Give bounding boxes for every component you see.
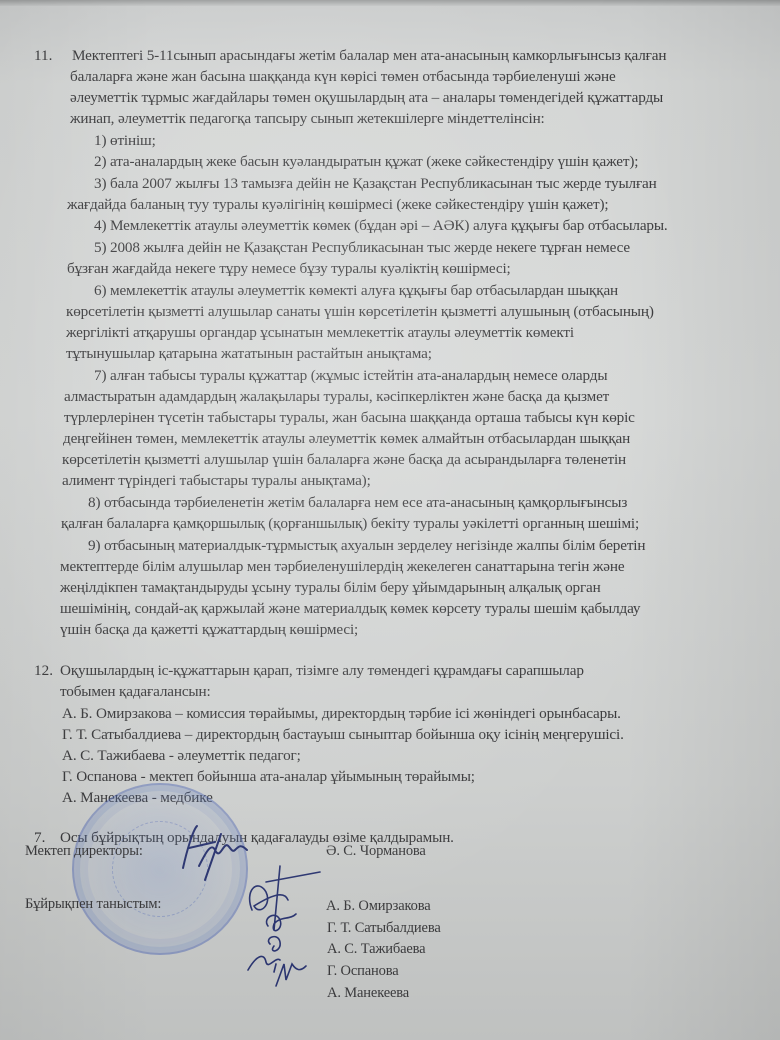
list-item: 7) алған табысы туралы құжаттар (жұмыс і… [94,366,607,386]
list-item: 3) бала 2007 жылғы 13 тамызға дейін не Қ… [94,174,657,194]
list-item: 5) 2008 жылға дейін не Қазақстан Республ… [94,238,630,258]
commission-member: А. С. Тажибаева - әлеуметтік педагог; [62,746,301,766]
section-text-line: жинап, әлеуметтік педагогқа тапсыру сыны… [70,109,545,129]
list-item-cont: бұзған жағдайда некеге тұру немесе бұзу … [67,259,511,279]
list-item-cont: көрсетілетін қызметті алушылар үшін бала… [62,450,626,470]
list-item: 1) өтініш; [94,131,156,151]
list-item: 9) отбасының материалдык-тұрмыстық ахуал… [88,536,645,556]
acquainted-signatures-icon [240,860,330,990]
list-item-cont: шешімінің, сондай-ақ қаржылай және матер… [60,599,640,619]
list-item-cont: мектептерде білім алушылар мен тәрбиелен… [60,557,624,577]
list-item-cont: көрсетілетін қызметті алушылар санаты үш… [66,302,654,322]
list-item: 6) мемлекеттік атаулы әлеуметтік көмекті… [94,281,618,301]
director-label: Мектеп директоры: [25,841,143,861]
list-item: 8) отбасында тәрбиеленетін жетім балалар… [88,493,627,513]
section-text-line: тобымен қадағалансын: [60,682,211,702]
director-name: Ә. С. Чорманова [326,841,426,861]
list-item: 2) ата-аналардың жеке басын куәландыраты… [94,152,638,172]
photo-top-edge [0,0,780,6]
section-text-line: балаларға және жан басына шаққанда күн к… [70,67,616,87]
commission-member: Г. Т. Сатыбалдиева – директордың бастауы… [62,725,624,745]
section-number: 12. [34,661,53,681]
acquainted-name: А. Б. Омирзакова [326,896,431,916]
list-item-cont: жағдайда баланың туу туралы куәлігінің к… [67,195,608,215]
list-item-cont: қалған балаларға қамқоршылық (қорғаншылы… [61,514,639,534]
section-text-line: Мектептегі 5-11сынып арасындағы жетім ба… [72,46,666,66]
section-text-line: Оқушылардың іс-құжаттарын қарап, тізімге… [60,661,584,681]
list-item-cont: алимент түріндегі табыстары туралы анықт… [62,471,371,491]
list-item-cont: жергілікті атқарушы органдар ұсынатын ме… [66,323,574,343]
commission-member: А. Б. Омирзакова – комиссия төрайымы, ди… [62,704,621,724]
section-number: 11. [34,46,52,66]
list-item-cont: үшін басқа да қажетті құжаттардың көшірм… [60,620,358,640]
list-item-cont: жеңілдікпен тамақтандыруды ұсыну туралы … [60,578,601,598]
list-item-cont: алмастыратын адамдардың жалақылары турал… [64,387,609,407]
list-item-cont: түрлерлерінен түсетін табыстары туралы, … [64,408,635,428]
acquainted-name: Г. Оспанова [327,961,399,981]
acquainted-name: Г. Т. Сатыбалдиева [327,918,441,938]
acquainted-label: Бұйрықпен таныстым: [25,894,161,914]
acquainted-name: А. Манекеева [327,983,409,1003]
section-text-line: әлеуметтік тұрмыс жағдайлары төмен оқушы… [70,88,663,108]
list-item: 4) Мемлекеттік атаулы әлеуметтік көмек (… [94,216,668,236]
list-item-cont: деңгейінен төмен, мемлекеттік атаулы әле… [63,429,630,449]
acquainted-name: А. С. Тажибаева [327,939,425,959]
commission-member: Г. Оспанова - мектеп бойынша ата-аналар … [62,767,475,787]
list-item-cont: тұтынушылар қатарына жататынын растайтын… [66,344,432,364]
